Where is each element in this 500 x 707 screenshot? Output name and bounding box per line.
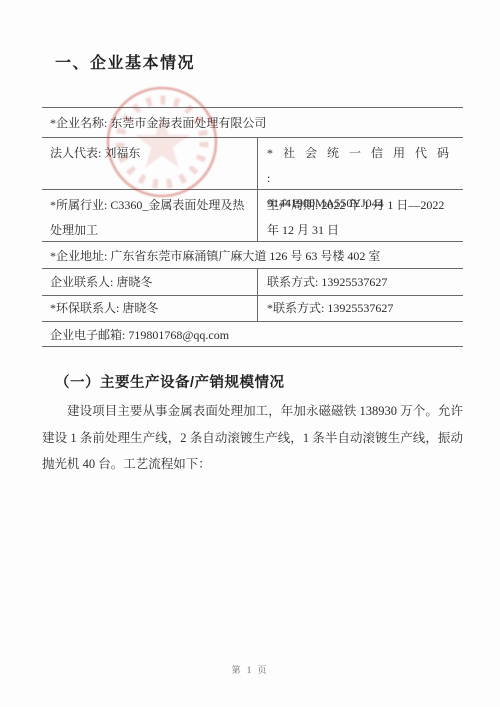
table-row-industry-period: *所属行业: C3360_金属表面处理及热处理加工 生产周期: 2022 年 1… <box>42 190 463 242</box>
enterprise-info-table: *企业名称: 东莞市金海表面处理有限公司 法人代表: 刘福东 * 社 会 统 一… <box>42 107 463 347</box>
page-number: 第 1 页 <box>0 663 500 676</box>
enterprise-name-cell: *企业名称: 东莞市金海表面处理有限公司 <box>42 108 463 137</box>
table-row-contact: 企业联系人: 唐晓冬 联系方式: 13925537627 <box>42 269 463 296</box>
industry-cell: *所属行业: C3360_金属表面处理及热处理加工 <box>42 190 258 241</box>
document-page: 一、企业基本情况 *企业名称: 东莞市金海表面处理有限公司 法人代表: 刘福东 … <box>0 0 500 707</box>
contact-phone-cell: 联系方式: 13925537627 <box>258 269 463 295</box>
env-contact-person-cell: *环保联系人: 唐晓冬 <box>42 296 258 321</box>
env-contact-phone-cell: *联系方式: 13925537627 <box>258 296 463 321</box>
enterprise-email-cell: 企业电子邮箱: 719801768@qq.com <box>42 322 463 346</box>
table-row-enterprise-name: *企业名称: 东莞市金海表面处理有限公司 <box>42 108 463 138</box>
contact-person-cell: 企业联系人: 唐晓冬 <box>42 269 258 295</box>
table-row-env-contact: *环保联系人: 唐晓冬 *联系方式: 13925537627 <box>42 296 463 322</box>
table-row-legal-rep-credit-code: 法人代表: 刘福东 * 社 会 统 一 信 用 代 码 : 91441900MA… <box>42 138 463 190</box>
page-title: 一、企业基本情况 <box>55 50 195 73</box>
production-period-cell: 生产周期: 2022 年 1 月 1 日—2022 年 12 月 31 日 <box>258 190 463 241</box>
enterprise-address-cell: *企业地址: 广东省东莞市麻涌镇广麻大道 126 号 63 号楼 402 室 <box>42 242 463 268</box>
legal-rep-cell: 法人代表: 刘福东 <box>42 138 258 189</box>
table-row-address: *企业地址: 广东省东莞市麻涌镇广麻大道 126 号 63 号楼 402 室 <box>42 242 463 269</box>
body-paragraph: 建设项目主要从事金属表面处理加工，年加永磁磁铁 138930 万个。允许建设 1… <box>42 398 463 478</box>
section-heading: （一）主要生产设备/产销规模情况 <box>55 371 285 392</box>
table-row-email: 企业电子邮箱: 719801768@qq.com <box>42 322 463 347</box>
credit-code-label: * 社 会 统 一 信 用 代 码 : <box>267 141 457 191</box>
credit-code-cell: * 社 会 统 一 信 用 代 码 : 91441900MA550YJ044 <box>258 138 463 189</box>
